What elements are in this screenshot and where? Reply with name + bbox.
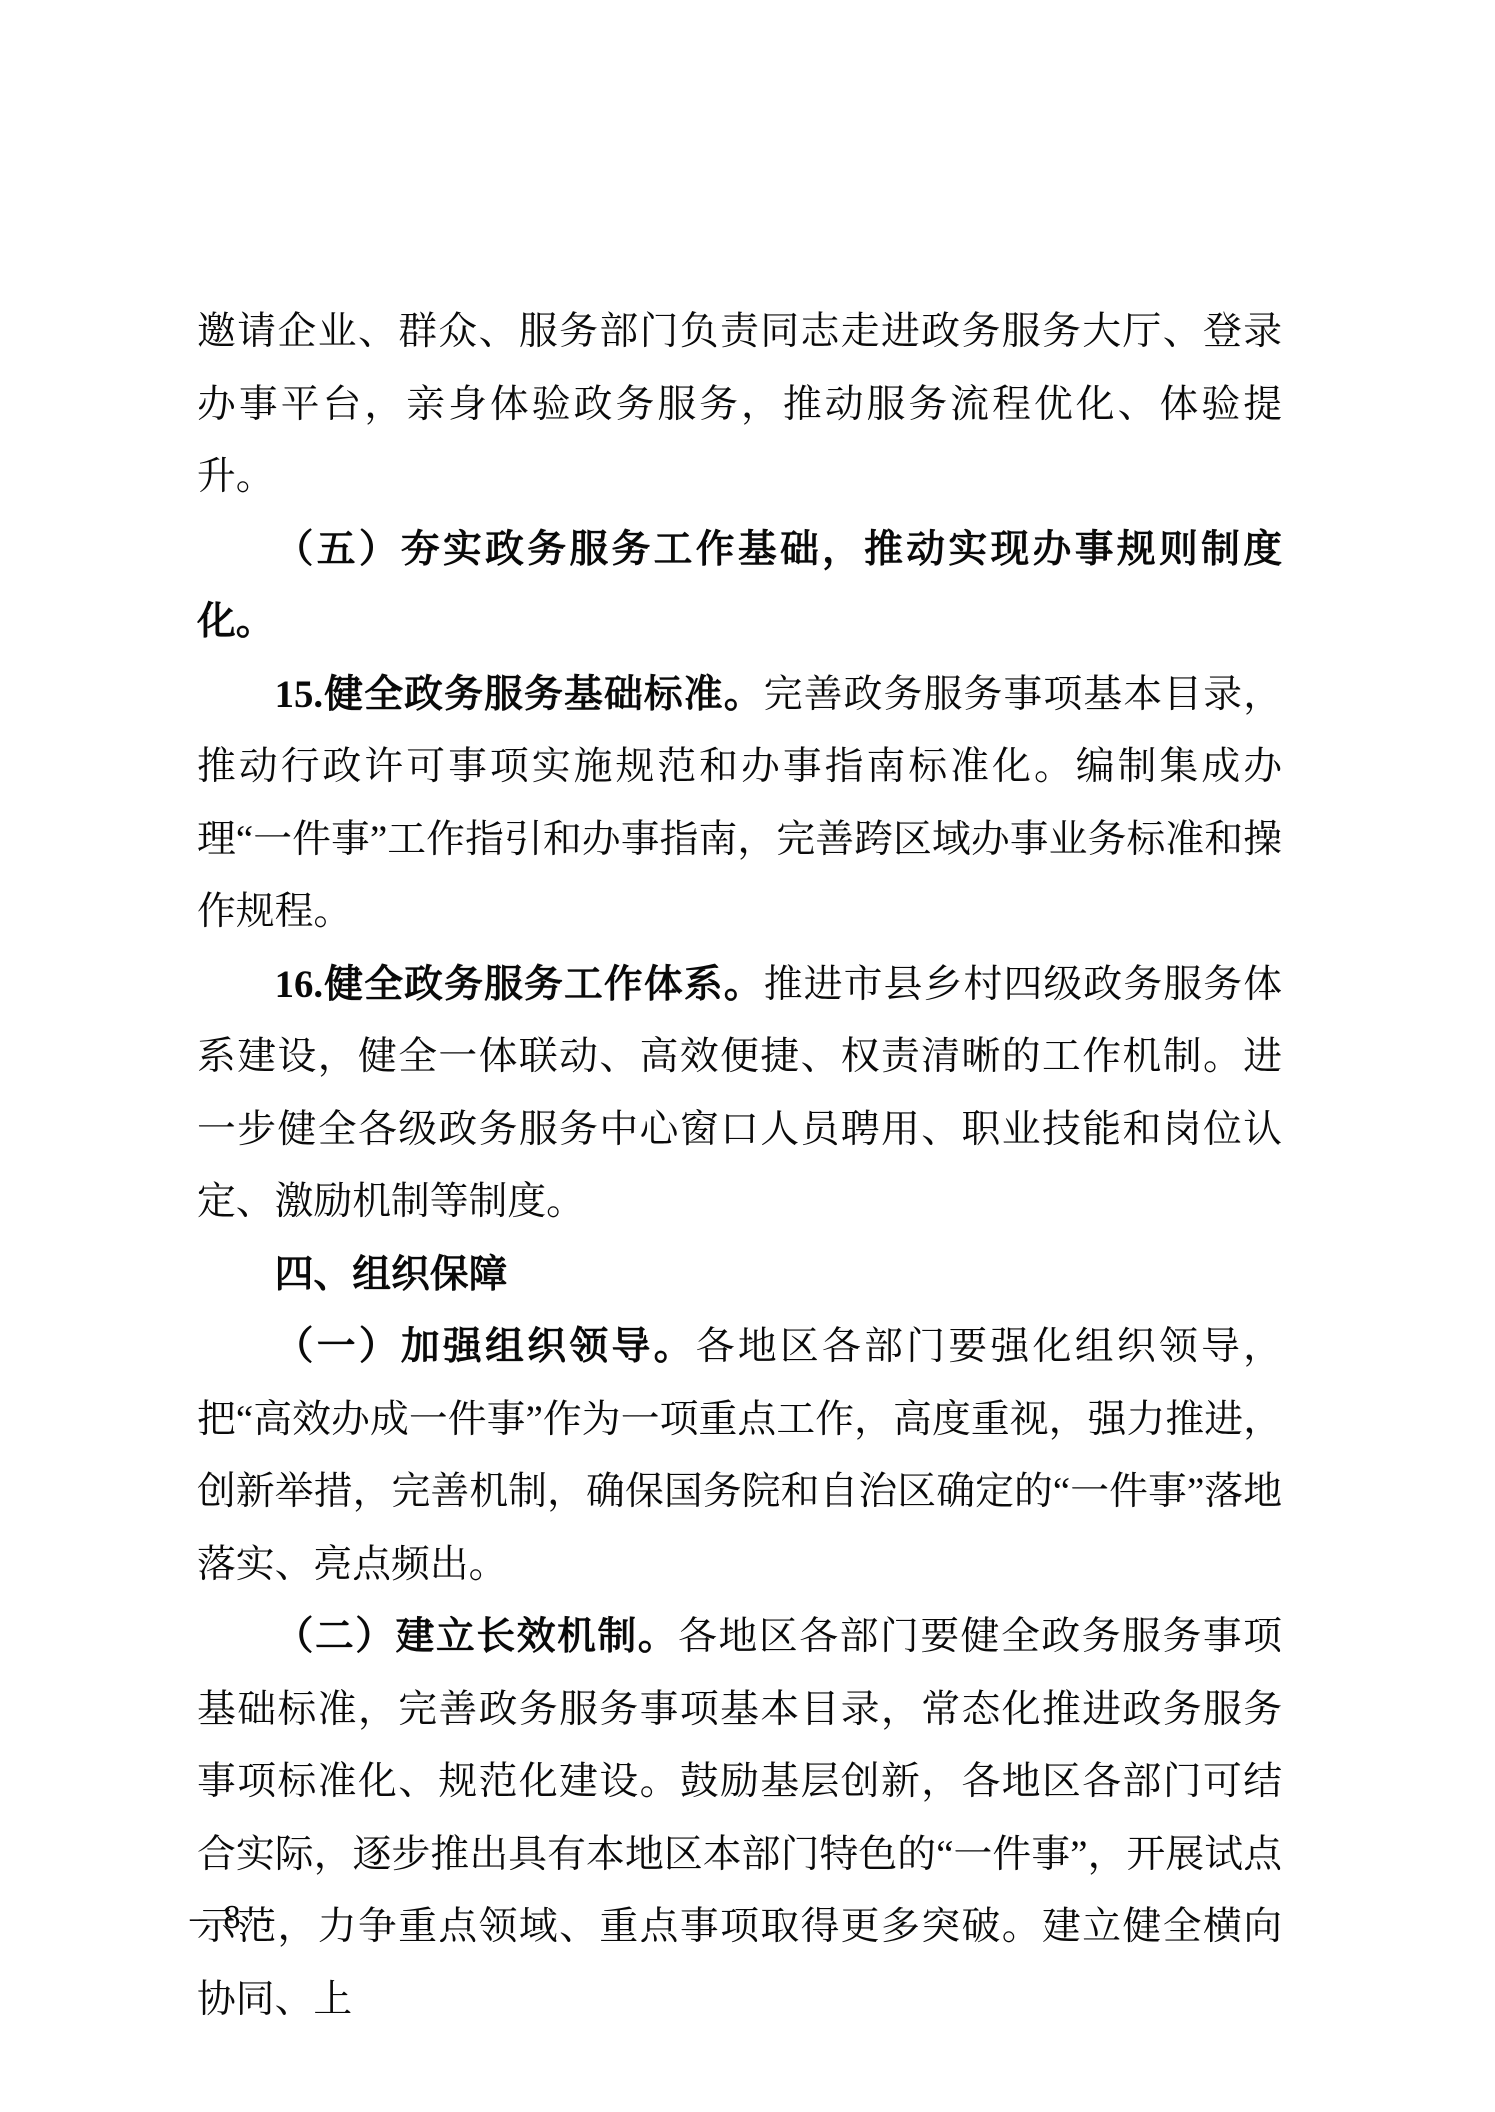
section-heading: 四、组织保障: [197, 1239, 1282, 1312]
page-number: – 8 –: [190, 1896, 278, 1940]
paragraph-lead: （一）加强组织领导。: [275, 1325, 696, 1368]
paragraph: （二）建立长效机制。各地区各部门要健全政务服务事项基础标准，完善政务服务事项基本…: [197, 1601, 1282, 2036]
paragraph: 15.健全政务服务基础标准。完善政务服务事项基本目录，推动行政许可事项实施规范和…: [197, 659, 1282, 949]
document-body: 邀请企业、群众、服务部门负责同志走进政务服务大厅、登录办事平台，亲身体验政务服务…: [197, 296, 1282, 2036]
section-heading-text: 四、组织保障: [275, 1253, 508, 1296]
paragraph-text: 邀请企业、群众、服务部门负责同志走进政务服务大厅、登录办事平台，亲身体验政务服务…: [197, 310, 1282, 498]
subsection-heading: （五）夯实政务服务工作基础，推动实现办事规则制度化。: [197, 514, 1282, 659]
paragraph-lead: （二）建立长效机制。: [275, 1615, 679, 1658]
document-page: 邀请企业、群众、服务部门负责同志走进政务服务大厅、登录办事平台，亲身体验政务服务…: [0, 0, 1495, 2112]
paragraph: 邀请企业、群众、服务部门负责同志走进政务服务大厅、登录办事平台，亲身体验政务服务…: [197, 296, 1282, 514]
subsection-heading-text: （五）夯实政务服务工作基础，推动实现办事规则制度化。: [197, 528, 1282, 644]
paragraph-lead: 15.健全政务服务基础标准。: [275, 673, 764, 716]
paragraph: 16.健全政务服务工作体系。推进市县乡村四级政务服务体系建设，健全一体联动、高效…: [197, 949, 1282, 1239]
paragraph-lead: 16.健全政务服务工作体系。: [275, 963, 764, 1006]
paragraph-text: 各地区各部门要健全政务服务事项基础标准，完善政务服务事项基本目录，常态化推进政务…: [197, 1615, 1282, 2021]
paragraph: （一）加强组织领导。各地区各部门要强化组织领导，把“高效办成一件事”作为一项重点…: [197, 1311, 1282, 1601]
